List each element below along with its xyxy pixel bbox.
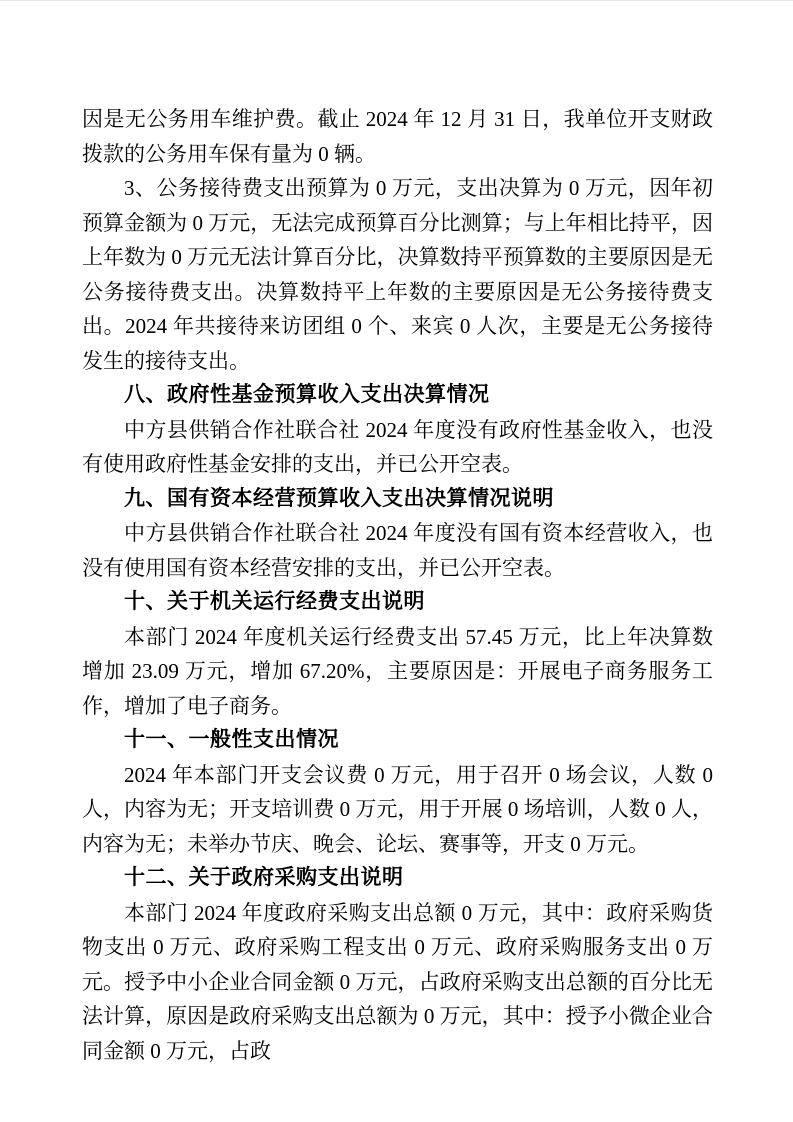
- heading-section-12-government-procurement: 十二、关于政府采购支出说明: [82, 861, 713, 896]
- paragraph-government-fund-budget: 中方县供销合作社联合社 2024 年度没有政府性基金收入，也没有使用政府性基金安…: [82, 413, 713, 482]
- paragraph-government-procurement: 本部门 2024 年度政府采购支出总额 0 万元，其中：政府采购货物支出 0 万…: [82, 896, 713, 1069]
- paragraph-official-vehicle-continuation: 因是无公务用车维护费。截止 2024 年 12 月 31 日，我单位开支财政拨款…: [82, 102, 713, 171]
- paragraph-state-capital-budget: 中方县供销合作社联合社 2024 年度没有国有资本经营收入，也没有使用国有资本经…: [82, 516, 713, 585]
- heading-section-10-agency-operating-expense: 十、关于机关运行经费支出说明: [82, 585, 713, 620]
- heading-section-11-general-expenditure: 十一、一般性支出情况: [82, 723, 713, 758]
- paragraph-general-expenditure: 2024 年本部门开支会议费 0 万元，用于召开 0 场会议，人数 0 人，内容…: [82, 758, 713, 862]
- heading-section-8-government-fund-budget: 八、政府性基金预算收入支出决算情况: [82, 378, 713, 413]
- document-page: 因是无公务用车维护费。截止 2024 年 12 月 31 日，我单位开支财政拨款…: [0, 0, 793, 1122]
- heading-section-9-state-capital-budget: 九、国有资本经营预算收入支出决算情况说明: [82, 482, 713, 517]
- document-body: 因是无公务用车维护费。截止 2024 年 12 月 31 日，我单位开支财政拨款…: [82, 102, 713, 1068]
- paragraph-agency-operating-expense: 本部门 2024 年度机关运行经费支出 57.45 万元，比上年决算数增加 23…: [82, 620, 713, 724]
- paragraph-official-reception-expense: 3、公务接待费支出预算为 0 万元，支出决算为 0 万元，因年初预算金额为 0 …: [82, 171, 713, 378]
